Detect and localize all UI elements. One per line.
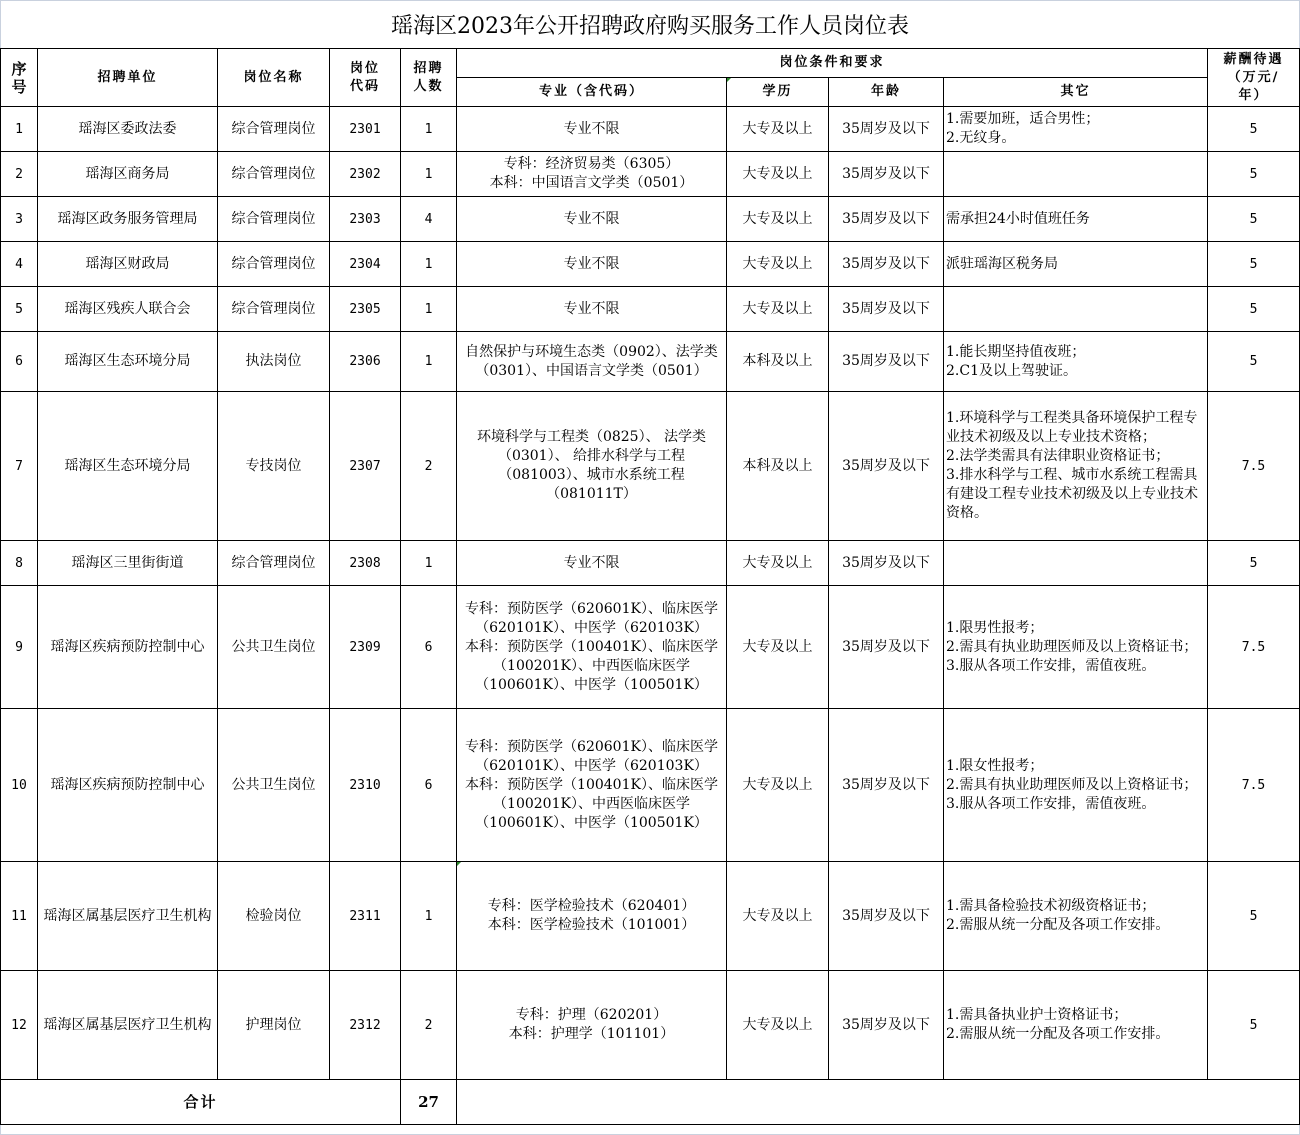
other-line: 3.排水科学与工程、城市水系统工程需具有建设工程专业技术初级及以上专业技术资格。 bbox=[946, 466, 1205, 523]
cell-count: 6 bbox=[401, 709, 457, 862]
cell-major: 专业不限 bbox=[457, 242, 727, 287]
cell-major: 专业不限 bbox=[457, 541, 727, 586]
table-row: 5瑶海区残疾人联合会综合管理岗位23051专业不限大专及以上35周岁及以下5 bbox=[1, 287, 1300, 332]
cell-unit: 瑶海区三里街街道 bbox=[38, 541, 218, 586]
cell-seq: 10 bbox=[1, 709, 38, 862]
cell-unit: 瑶海区委政法委 bbox=[38, 107, 218, 152]
table-row: 10瑶海区疾病预防控制中心公共卫生岗位23106专科：预防医学（620601K）… bbox=[1, 709, 1300, 862]
cell-unit: 瑶海区生态环境分局 bbox=[38, 392, 218, 541]
cell-age: 35周岁及以下 bbox=[829, 332, 944, 392]
cell-salary: 5 bbox=[1208, 971, 1300, 1080]
cell-age: 35周岁及以下 bbox=[829, 107, 944, 152]
header-major: 专业（含代码） bbox=[457, 78, 727, 107]
cell-seq: 4 bbox=[1, 242, 38, 287]
cell-education: 大专及以上 bbox=[727, 541, 829, 586]
cell-education: 大专及以上 bbox=[727, 862, 829, 971]
table-row: 2瑶海区商务局综合管理岗位23021专科：经济贸易类（6305）本科：中国语言文… bbox=[1, 152, 1300, 197]
other-line: 1.需要加班，适合男性； bbox=[946, 110, 1205, 129]
cell-position: 护理岗位 bbox=[218, 971, 330, 1080]
cell-seq: 1 bbox=[1, 107, 38, 152]
other-line: 1.限女性报考； bbox=[946, 757, 1205, 776]
cell-age: 35周岁及以下 bbox=[829, 586, 944, 709]
cell-major: 专业不限 bbox=[457, 107, 727, 152]
positions-table: 序号 招聘单位 岗位名称 岗位代码 招聘人数 岗位条件和要求 薪酬待遇（万元/年… bbox=[0, 48, 1300, 1125]
cell-position: 执法岗位 bbox=[218, 332, 330, 392]
cell-education: 大专及以上 bbox=[727, 242, 829, 287]
cell-position: 综合管理岗位 bbox=[218, 242, 330, 287]
cell-other: 派驻瑶海区税务局 bbox=[944, 242, 1208, 287]
cell-education: 大专及以上 bbox=[727, 197, 829, 242]
cell-code: 2311 bbox=[330, 862, 401, 971]
cell-unit: 瑶海区政务服务管理局 bbox=[38, 197, 218, 242]
cell-salary: 5 bbox=[1208, 862, 1300, 971]
cell-other: 1.能长期坚持值夜班；2.C1及以上驾驶证。 bbox=[944, 332, 1208, 392]
cell-major: 专科：预防医学（620601K）、临床医学（620101K）、中医学（62010… bbox=[457, 709, 727, 862]
cell-position: 综合管理岗位 bbox=[218, 197, 330, 242]
major-line: 自然保护与环境生态类（0902）、法学类（0301）、中国语言文学类（0501） bbox=[459, 343, 724, 381]
other-line: 需承担24小时值班任务 bbox=[946, 210, 1205, 229]
cell-code: 2310 bbox=[330, 709, 401, 862]
cell-other: 1.需具备执业护士资格证书；2.需服从统一分配及各项工作安排。 bbox=[944, 971, 1208, 1080]
cell-major: 环境科学与工程类（0825）、 法学类（0301）、 给排水科学与工程（0810… bbox=[457, 392, 727, 541]
total-empty bbox=[457, 1080, 1300, 1125]
major-line: 专科：经济贸易类（6305） bbox=[459, 155, 724, 174]
cell-salary: 5 bbox=[1208, 332, 1300, 392]
cell-count: 1 bbox=[401, 242, 457, 287]
header-seq: 序号 bbox=[1, 49, 38, 107]
cell-salary: 5 bbox=[1208, 287, 1300, 332]
cell-position: 公共卫生岗位 bbox=[218, 586, 330, 709]
cell-unit: 瑶海区财政局 bbox=[38, 242, 218, 287]
cell-major: 专业不限 bbox=[457, 287, 727, 332]
other-line: 1.能长期坚持值夜班； bbox=[946, 343, 1205, 362]
cell-major: 专科：医学检验技术（620401）本科：医学检验技术（101001） bbox=[457, 862, 727, 971]
header-position-code: 岗位代码 bbox=[330, 49, 401, 107]
header-headcount: 招聘人数 bbox=[401, 49, 457, 107]
major-line: 专业不限 bbox=[459, 210, 724, 229]
table-body: 1瑶海区委政法委综合管理岗位23011专业不限大专及以上35周岁及以下1.需要加… bbox=[1, 107, 1300, 1080]
cell-major: 专业不限 bbox=[457, 197, 727, 242]
other-line: 1.环境科学与工程类具备环境保护工程专业技术初级及以上专业技术资格； bbox=[946, 409, 1205, 447]
cell-position: 检验岗位 bbox=[218, 862, 330, 971]
cell-other: 1.环境科学与工程类具备环境保护工程专业技术初级及以上专业技术资格；2.法学类需… bbox=[944, 392, 1208, 541]
cell-education: 大专及以上 bbox=[727, 287, 829, 332]
cell-major: 专科：护理（620201）本科：护理学（101101） bbox=[457, 971, 727, 1080]
cell-seq: 2 bbox=[1, 152, 38, 197]
cell-other: 1.限男性报考；2.需具有执业助理医师及以上资格证书；3.服从各项工作安排，需值… bbox=[944, 586, 1208, 709]
other-line: 2.法学类需具有法律职业资格证书； bbox=[946, 447, 1205, 466]
cell-other: 需承担24小时值班任务 bbox=[944, 197, 1208, 242]
total-count: 27 bbox=[401, 1080, 457, 1125]
cell-code: 2302 bbox=[330, 152, 401, 197]
cell-count: 1 bbox=[401, 332, 457, 392]
table-row: 4瑶海区财政局综合管理岗位23041专业不限大专及以上35周岁及以下派驻瑶海区税… bbox=[1, 242, 1300, 287]
other-line: 派驻瑶海区税务局 bbox=[946, 255, 1205, 274]
major-line: 本科：医学检验技术（101001） bbox=[459, 916, 724, 935]
header-position-name: 岗位名称 bbox=[218, 49, 330, 107]
cell-other: 1.需具备检验技术初级资格证书；2.需服从统一分配及各项工作安排。 bbox=[944, 862, 1208, 971]
major-line: 本科：预防医学（100401K）、临床医学（100201K）、中西医临床医学（1… bbox=[459, 776, 724, 833]
cell-age: 35周岁及以下 bbox=[829, 709, 944, 862]
total-label: 合计 bbox=[1, 1080, 401, 1125]
cell-age: 35周岁及以下 bbox=[829, 971, 944, 1080]
cell-age: 35周岁及以下 bbox=[829, 197, 944, 242]
cell-age: 35周岁及以下 bbox=[829, 862, 944, 971]
cell-code: 2306 bbox=[330, 332, 401, 392]
header-education: 学历 bbox=[727, 78, 829, 107]
cell-code: 2304 bbox=[330, 242, 401, 287]
cell-position: 公共卫生岗位 bbox=[218, 709, 330, 862]
header-age: 年龄 bbox=[829, 78, 944, 107]
other-line: 2.需服从统一分配及各项工作安排。 bbox=[946, 1025, 1205, 1044]
major-line: 专业不限 bbox=[459, 554, 724, 573]
major-line: 专业不限 bbox=[459, 300, 724, 319]
cell-salary: 5 bbox=[1208, 107, 1300, 152]
cell-position: 综合管理岗位 bbox=[218, 287, 330, 332]
other-line: 1.限男性报考； bbox=[946, 619, 1205, 638]
table-row: 12瑶海区属基层医疗卫生机构护理岗位23122专科：护理（620201）本科：护… bbox=[1, 971, 1300, 1080]
cell-code: 2307 bbox=[330, 392, 401, 541]
table-row: 3瑶海区政务服务管理局综合管理岗位23034专业不限大专及以上35周岁及以下需承… bbox=[1, 197, 1300, 242]
cell-code: 2312 bbox=[330, 971, 401, 1080]
table-row: 1瑶海区委政法委综合管理岗位23011专业不限大专及以上35周岁及以下1.需要加… bbox=[1, 107, 1300, 152]
cell-education: 本科及以上 bbox=[727, 332, 829, 392]
cell-seq: 7 bbox=[1, 392, 38, 541]
major-line: 专业不限 bbox=[459, 120, 724, 139]
cell-major: 自然保护与环境生态类（0902）、法学类（0301）、中国语言文学类（0501） bbox=[457, 332, 727, 392]
cell-count: 1 bbox=[401, 107, 457, 152]
table-row: 8瑶海区三里街街道综合管理岗位23081专业不限大专及以上35周岁及以下5 bbox=[1, 541, 1300, 586]
other-line: 2.C1及以上驾驶证。 bbox=[946, 362, 1205, 381]
table-row: 7瑶海区生态环境分局专技岗位23072环境科学与工程类（0825）、 法学类（0… bbox=[1, 392, 1300, 541]
header-unit: 招聘单位 bbox=[38, 49, 218, 107]
other-line: 1.需具备检验技术初级资格证书； bbox=[946, 897, 1205, 916]
cell-position: 专技岗位 bbox=[218, 392, 330, 541]
cell-age: 35周岁及以下 bbox=[829, 287, 944, 332]
other-line: 3.服从各项工作安排，需值夜班。 bbox=[946, 657, 1205, 676]
cell-unit: 瑶海区属基层医疗卫生机构 bbox=[38, 971, 218, 1080]
cell-code: 2305 bbox=[330, 287, 401, 332]
cell-salary: 5 bbox=[1208, 242, 1300, 287]
other-line: 1.需具备执业护士资格证书； bbox=[946, 1006, 1205, 1025]
cell-count: 2 bbox=[401, 392, 457, 541]
cell-seq: 8 bbox=[1, 541, 38, 586]
cell-other: 1.限女性报考；2.需具有执业助理医师及以上资格证书；3.服从各项工作安排，需值… bbox=[944, 709, 1208, 862]
cell-seq: 3 bbox=[1, 197, 38, 242]
cell-other bbox=[944, 287, 1208, 332]
cell-unit: 瑶海区属基层医疗卫生机构 bbox=[38, 862, 218, 971]
cell-education: 大专及以上 bbox=[727, 107, 829, 152]
cell-salary: 7.5 bbox=[1208, 709, 1300, 862]
table-row: 6瑶海区生态环境分局执法岗位23061自然保护与环境生态类（0902）、法学类（… bbox=[1, 332, 1300, 392]
cell-position: 综合管理岗位 bbox=[218, 541, 330, 586]
total-row: 合计 27 bbox=[1, 1080, 1300, 1125]
cell-code: 2301 bbox=[330, 107, 401, 152]
cell-count: 1 bbox=[401, 541, 457, 586]
cell-position: 综合管理岗位 bbox=[218, 107, 330, 152]
cell-education: 大专及以上 bbox=[727, 152, 829, 197]
cell-count: 1 bbox=[401, 862, 457, 971]
cell-seq: 6 bbox=[1, 332, 38, 392]
cell-code: 2303 bbox=[330, 197, 401, 242]
cell-major: 专科：预防医学（620601K）、临床医学（620101K）、中医学（62010… bbox=[457, 586, 727, 709]
cell-salary: 5 bbox=[1208, 152, 1300, 197]
major-line: 环境科学与工程类（0825）、 法学类（0301）、 给排水科学与工程（0810… bbox=[459, 428, 724, 504]
major-line: 专科：护理（620201） bbox=[459, 1006, 724, 1025]
cell-education: 大专及以上 bbox=[727, 709, 829, 862]
cell-other bbox=[944, 541, 1208, 586]
cell-unit: 瑶海区生态环境分局 bbox=[38, 332, 218, 392]
cell-position: 综合管理岗位 bbox=[218, 152, 330, 197]
cell-seq: 11 bbox=[1, 862, 38, 971]
cell-age: 35周岁及以下 bbox=[829, 242, 944, 287]
cell-count: 1 bbox=[401, 152, 457, 197]
cell-salary: 7.5 bbox=[1208, 392, 1300, 541]
header-salary: 薪酬待遇（万元/年） bbox=[1208, 49, 1300, 107]
major-line: 专科：预防医学（620601K）、临床医学（620101K）、中医学（62010… bbox=[459, 600, 724, 638]
major-line: 本科：中国语言文学类（0501） bbox=[459, 174, 724, 193]
cell-count: 4 bbox=[401, 197, 457, 242]
cell-salary: 5 bbox=[1208, 197, 1300, 242]
other-line: 3.服从各项工作安排，需值夜班。 bbox=[946, 795, 1205, 814]
cell-education: 本科及以上 bbox=[727, 392, 829, 541]
major-line: 专业不限 bbox=[459, 255, 724, 274]
other-line: 2.无纹身。 bbox=[946, 129, 1205, 148]
cell-seq: 12 bbox=[1, 971, 38, 1080]
cell-unit: 瑶海区残疾人联合会 bbox=[38, 287, 218, 332]
cell-salary: 5 bbox=[1208, 541, 1300, 586]
header-other: 其它 bbox=[944, 78, 1208, 107]
cell-salary: 7.5 bbox=[1208, 586, 1300, 709]
cell-unit: 瑶海区疾病预防控制中心 bbox=[38, 709, 218, 862]
cell-major: 专科：经济贸易类（6305）本科：中国语言文学类（0501） bbox=[457, 152, 727, 197]
table-row: 9瑶海区疾病预防控制中心公共卫生岗位23096专科：预防医学（620601K）、… bbox=[1, 586, 1300, 709]
table-row: 11瑶海区属基层医疗卫生机构检验岗位23111专科：医学检验技术（620401）… bbox=[1, 862, 1300, 971]
cell-count: 1 bbox=[401, 287, 457, 332]
cell-count: 6 bbox=[401, 586, 457, 709]
cell-other: 1.需要加班，适合男性；2.无纹身。 bbox=[944, 107, 1208, 152]
cell-age: 35周岁及以下 bbox=[829, 392, 944, 541]
cell-code: 2308 bbox=[330, 541, 401, 586]
other-line: 2.需服从统一分配及各项工作安排。 bbox=[946, 916, 1205, 935]
header-requirements-group: 岗位条件和要求 bbox=[457, 49, 1208, 78]
cell-unit: 瑶海区商务局 bbox=[38, 152, 218, 197]
major-line: 专科：预防医学（620601K）、临床医学（620101K）、中医学（62010… bbox=[459, 738, 724, 776]
cell-other bbox=[944, 152, 1208, 197]
cell-unit: 瑶海区疾病预防控制中心 bbox=[38, 586, 218, 709]
cell-code: 2309 bbox=[330, 586, 401, 709]
major-line: 专科：医学检验技术（620401） bbox=[459, 897, 724, 916]
cell-education: 大专及以上 bbox=[727, 971, 829, 1080]
page-title: 瑶海区2023年公开招聘政府购买服务工作人员岗位表 bbox=[0, 0, 1300, 48]
cell-age: 35周岁及以下 bbox=[829, 152, 944, 197]
cell-seq: 9 bbox=[1, 586, 38, 709]
other-line: 2.需具有执业助理医师及以上资格证书； bbox=[946, 776, 1205, 795]
cell-age: 35周岁及以下 bbox=[829, 541, 944, 586]
cell-education: 大专及以上 bbox=[727, 586, 829, 709]
other-line: 2.需具有执业助理医师及以上资格证书； bbox=[946, 638, 1205, 657]
major-line: 本科：护理学（101101） bbox=[459, 1025, 724, 1044]
cell-count: 2 bbox=[401, 971, 457, 1080]
cell-seq: 5 bbox=[1, 287, 38, 332]
major-line: 本科：预防医学（100401K）、临床医学（100201K）、中西医临床医学（1… bbox=[459, 638, 724, 695]
